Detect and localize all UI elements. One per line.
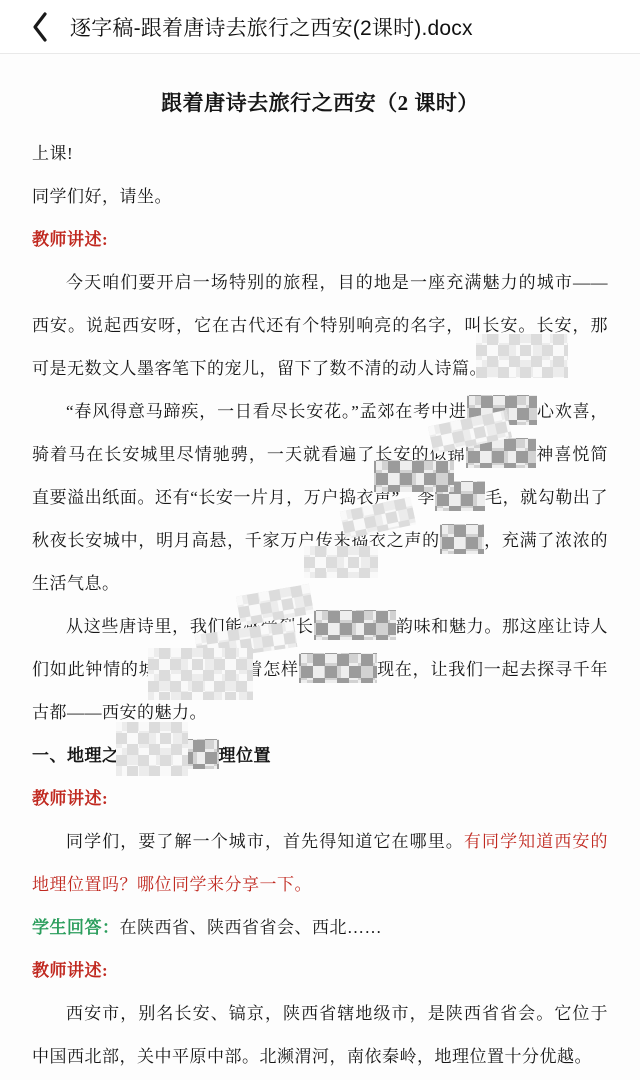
teacher-label-1: 教师讲述: [32,218,608,261]
greeting-line: 同学们好，请坐。 [32,175,608,218]
censored-mosaic [148,648,253,700]
text-segment: 理位置 [219,746,272,765]
teacher-label-3: 教师讲述: [32,949,608,992]
xian-intro-paragraph: 西安市，别名长安、镐京，陕西省辖地级市，是陕西省省会。它位于中国西北部，关中平原… [32,992,608,1078]
censored-mosaic [304,546,378,578]
document-title: 跟着唐诗去旅行之西安（2 课时） [32,78,608,128]
text-segment: 在陕西省、陕西省省会、西北…… [120,918,383,937]
censored-mosaic [314,610,396,640]
summary-paragraph: 从这些唐诗里，我们能感受到长韵味和魅力。那这座让诗人们如此钟情的城市，究竟有着怎… [32,605,608,734]
document-body: 上课!同学们好，请坐。教师讲述:今天咱们要开启一场特别的旅程，目的地是一座充满魅… [32,132,608,1078]
geo-question-paragraph: 同学们，要了解一个城市，首先得知道它在哪里。有同学知道西安的地理位置吗？哪位同学… [32,820,608,906]
topbar: 逐字稿-跟着唐诗去旅行之西安(2课时).docx [0,0,640,54]
text-segment: 西安市，别名长安、镐京，陕西省辖地级市，是陕西省省会。它位于中国西北部，关中平原… [32,1004,608,1066]
document-page[interactable]: 跟着唐诗去旅行之西安（2 课时） 上课!同学们好，请坐。教师讲述:今天咱们要开启… [0,54,640,1080]
text-segment: 上课! [32,144,73,163]
text-segment: 学生回答： [32,918,120,937]
censored-mosaic [116,722,188,776]
censored-mosaic [299,653,377,683]
text-segment: 同学们好，请坐。 [32,187,172,206]
opening-line: 上课! [32,132,608,175]
text-segment: 教师讲述: [32,961,108,980]
text-segment: 同学们，要了解一个城市，首先得知道它在哪里。 [66,832,464,851]
back-button[interactable] [18,5,62,49]
censored-mosaic [476,334,568,378]
chevron-left-icon [31,11,49,43]
file-title: 逐字稿-跟着唐诗去旅行之西安(2课时).docx [62,12,634,42]
text-segment: “春风得意马蹄疾，一日看尽长安花。”孟郊在考中进 [66,402,467,421]
text-segment: 教师讲述: [32,230,108,249]
censored-mosaic [440,524,484,554]
censored-mosaic [374,460,454,492]
teacher-label-2: 教师讲述: [32,777,608,820]
student-answer-line: 学生回答：在陕西省、陕西省省会、西北…… [32,906,608,949]
text-segment: 教师讲述: [32,789,108,808]
